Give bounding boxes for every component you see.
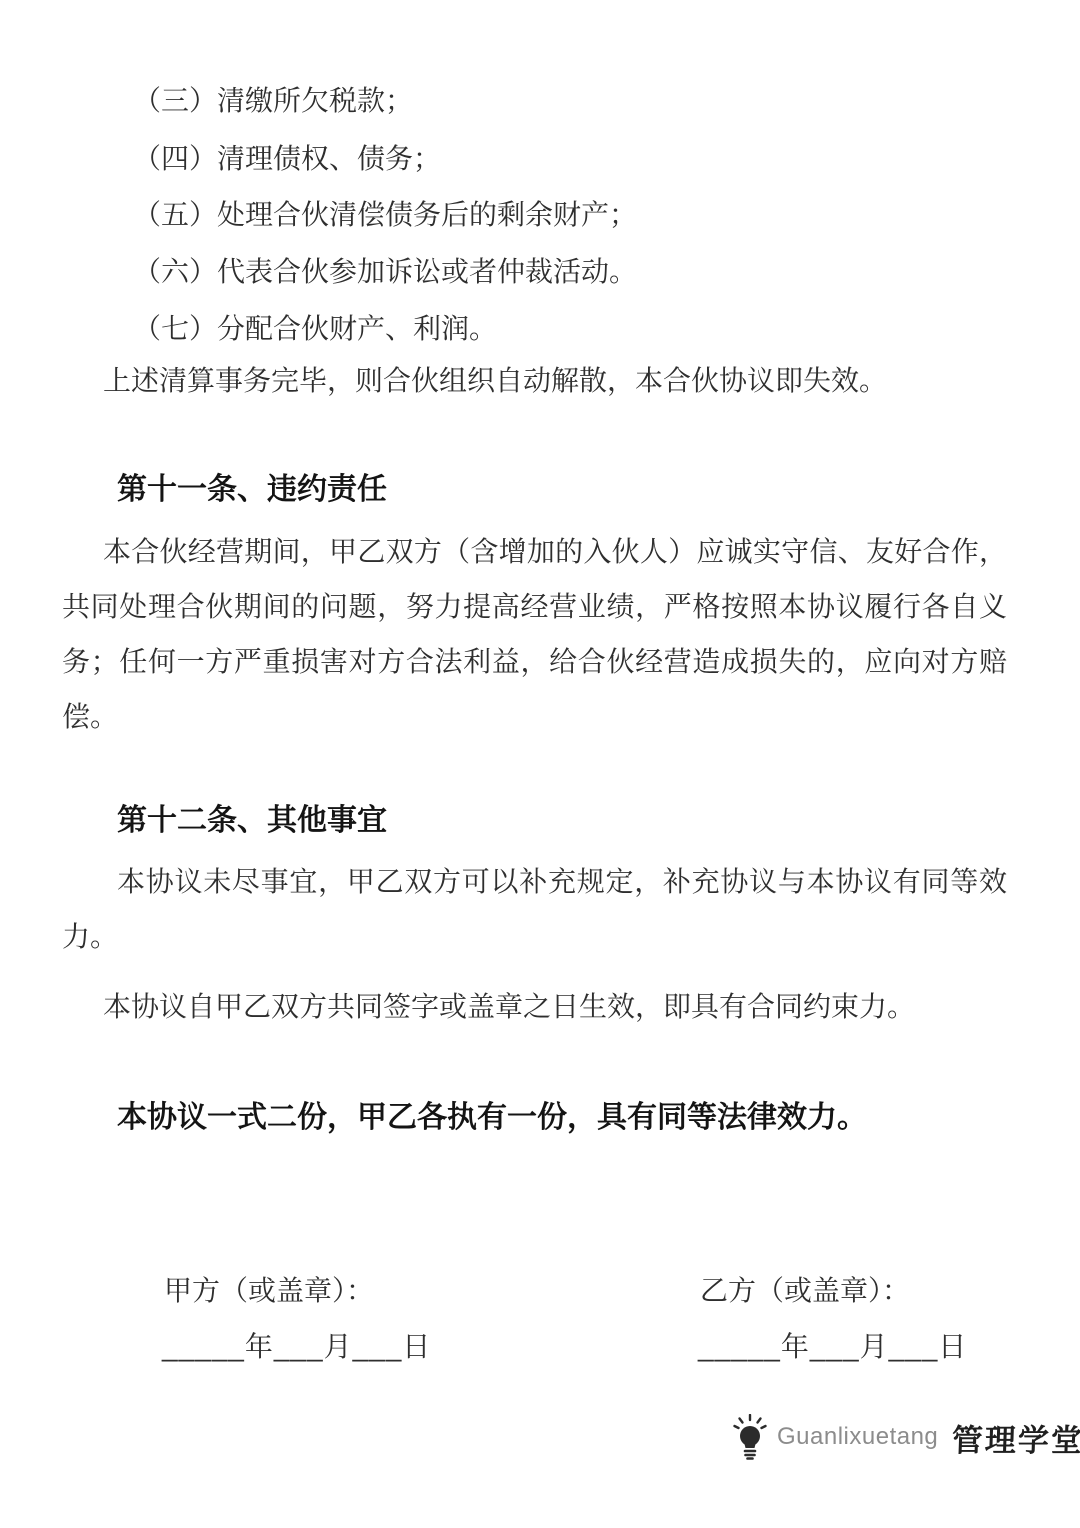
party-a-signature-label: 甲方（或盖章）：	[164, 1272, 374, 1310]
footer-brand: Guanlixuetang 管理学堂	[733, 1414, 1080, 1460]
brand-name-cjk: 管理学堂	[951, 1415, 1080, 1460]
section-11-body: 本合伙经营期间，甲乙双方（含增加的入伙人）应诚实守信、友好合作，共同处理合伙期间…	[62, 524, 1007, 744]
lightbulb-icon	[733, 1414, 767, 1460]
party-a-date-line: _____年___月___日	[162, 1328, 431, 1366]
clause-item-5: （五）处理合伙清偿债务后的剩余财产；	[133, 197, 637, 233]
copies-clause: 本协议一式二份，甲乙各执有一份，具有同等法律效力。	[117, 1099, 867, 1137]
section-12-body-2: 本协议自甲乙双方共同签字或盖章之日生效，即具有合同约束力。	[62, 979, 1007, 1034]
clause-item-7: （七）分配合伙财产、利润。	[133, 311, 497, 347]
section-12-heading: 第十二条、其他事宜	[117, 803, 387, 839]
section-11-heading: 第十一条、违约责任	[117, 472, 387, 508]
clause-item-4: （四）清理债权、债务；	[133, 141, 441, 177]
document-page: （三）清缴所欠税款； （四）清理债权、债务； （五）处理合伙清偿债务后的剩余财产…	[0, 0, 1080, 1528]
clause-item-3: （三）清缴所欠税款；	[133, 83, 413, 119]
liquidation-closing-note: 上述清算事务完毕，则合伙组织自动解散，本合伙协议即失效。	[62, 353, 1007, 408]
section-12-body-1: 本协议未尽事宜，甲乙双方可以补充规定，补充协议与本协议有同等效力。	[62, 854, 1007, 964]
clause-item-6: （六）代表合伙参加诉讼或者仲裁活动。	[133, 254, 637, 290]
party-b-signature-label: 乙方（或盖章）：	[700, 1272, 910, 1310]
party-b-date-line: _____年___月___日	[698, 1328, 967, 1366]
brand-name-latin: Guanlixuetang	[777, 1423, 938, 1451]
